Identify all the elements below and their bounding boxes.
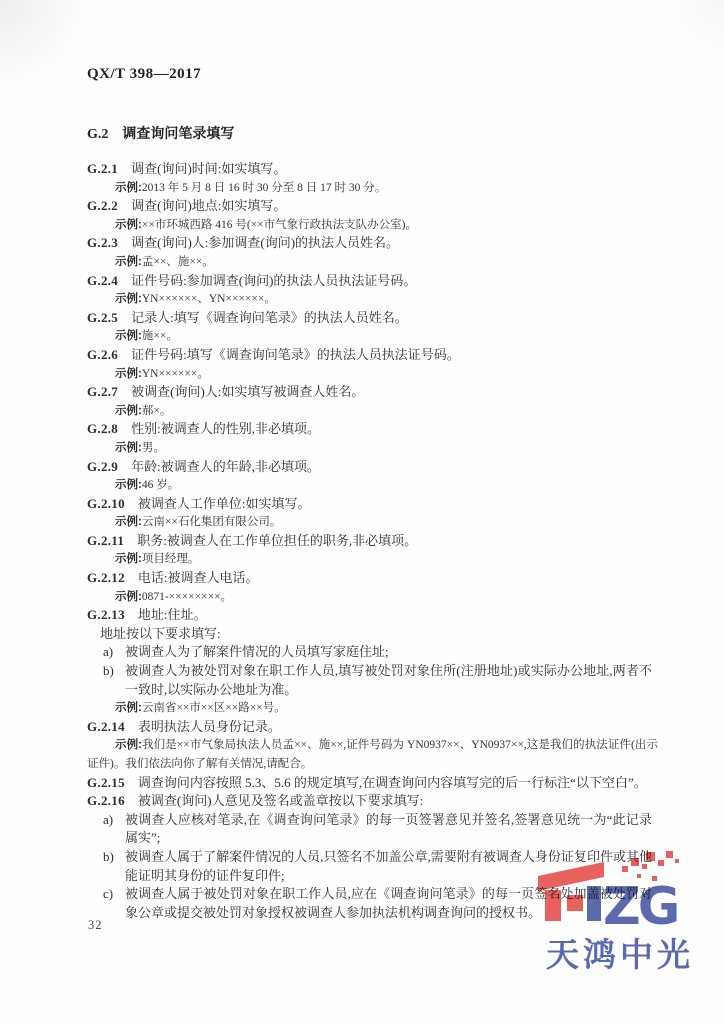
list-item: a)被调查人为了解案件情况的人员填写家庭住址;: [87, 643, 652, 662]
clause-note: 地址按以下要求填写:: [87, 625, 652, 644]
clause-text: 被调查人工作单位:如实填写。: [138, 496, 311, 511]
section-title: 调查询问笔录填写: [122, 125, 234, 141]
clause: G.2.6证件号码:填写《调查询问笔录》的执法人员执法证号码。: [87, 346, 652, 365]
example-text: 0871-××××××××。: [142, 591, 232, 603]
list-item: c)被调查人属于被处罚对象在职工作人员,应在《调查询问笔录》的每一页签名处加盖被…: [87, 885, 652, 922]
clause: G.2.3调查(询问)人:参加调查(询问)的执法人员姓名。: [87, 234, 652, 253]
clause: G.2.2调查(询问)地点:如实填写。: [87, 197, 652, 216]
clause-text: 被调查(询问)人:如实填写被调查人姓名。: [131, 384, 364, 399]
item-text: 被调查人为了解案件情况的人员填写家庭住址;: [125, 643, 652, 662]
clause-text: 被调查(询问)人意见及签名或盖章按以下要求填写:: [138, 793, 423, 808]
clause-number: G.2.1: [87, 161, 118, 176]
example-line: 示例:YN××××××、YN××××××。: [87, 290, 652, 309]
example-label: 示例:: [115, 219, 142, 231]
doc-code-header: QX/T 398—2017: [87, 66, 201, 83]
clause-text: 电话:被调查人电话。: [138, 570, 259, 585]
example-label: 示例:: [115, 591, 142, 603]
item-label: a): [103, 643, 125, 662]
clause-number: G.2.16: [87, 793, 125, 808]
item-text: 被调查人为被处罚对象在职工作人员,填写被处罚对象住所(注册地址)或实际办公地址,…: [125, 662, 652, 699]
clause: G.2.12电话:被调查人电话。: [87, 569, 652, 588]
clause-number: G.2.2: [87, 198, 118, 213]
clause-text: 调查询问内容按照 5.3、5.6 的规定填写,在调查询问内容填写完的后一行标注“…: [138, 775, 647, 790]
example-text: 2013 年 5 月 8 日 16 时 30 分至 8 日 17 时 30 分。: [142, 182, 386, 194]
clause-number: G.2.10: [87, 496, 125, 511]
clause-number: G.2.15: [87, 775, 125, 790]
clause-number: G.2.5: [87, 310, 118, 325]
example-text: YN××××××。: [142, 368, 209, 380]
example-line: 示例:施××。: [87, 327, 652, 346]
example-line: 示例:46 岁。: [87, 476, 652, 495]
example-label: 示例:: [115, 368, 142, 380]
clause: G.2.11职务:被调查人在工作单位担任的职务,非必填项。: [87, 532, 652, 551]
example-text: 孟××、施××。: [142, 256, 214, 268]
clause-text: 调查(询问)时间:如实填写。: [131, 161, 286, 176]
example-text: 46 岁。: [142, 479, 179, 491]
example-text: 云南省××市××区××路××号。: [142, 702, 286, 714]
item-text: 被调查人属于了解案件情况的人员,只签名不加盖公章,需要附有被调查人身份证复印件或…: [125, 848, 652, 885]
example-label: 示例:: [115, 256, 142, 268]
item-text: 被调查人属于被处罚对象在职工作人员,应在《调查询问笔录》的每一页签名处加盖被处罚…: [125, 885, 652, 922]
clause-text: 证件号码:填写《调查询问笔录》的执法人员执法证号码。: [131, 347, 460, 362]
item-label: b): [103, 662, 125, 699]
clause: G.2.14表明执法人员身份记录。: [87, 718, 652, 737]
clause-text: 证件号码:参加调查(询问)的执法人员执法证号码。: [131, 273, 416, 288]
example-label: 示例:: [115, 516, 142, 528]
clause-number: G.2.9: [87, 459, 118, 474]
clause: G.2.4证件号码:参加调查(询问)的执法人员执法证号码。: [87, 272, 652, 291]
example-line: 示例:男。: [87, 439, 652, 458]
list-item: b)被调查人属于了解案件情况的人员,只签名不加盖公章,需要附有被调查人身份证复印…: [87, 848, 652, 885]
clause: G.2.10被调查人工作单位:如实填写。: [87, 495, 652, 514]
clause-text: 调查(询问)人:参加调查(询问)的执法人员姓名。: [131, 235, 399, 250]
example-text: 施××。: [142, 330, 178, 342]
example-label: 示例:: [115, 442, 142, 454]
section-number: G.2: [87, 127, 108, 142]
example-text: 郝×。: [142, 405, 172, 417]
example-label: 示例:: [115, 739, 142, 751]
clause-number: G.2.4: [87, 273, 118, 288]
clause-number: G.2.14: [87, 719, 125, 734]
item-label: b): [103, 848, 125, 885]
example-text: 男。: [142, 442, 165, 454]
example-text: ××市环城西路 416 号(××市气象行政执法支队办公室)。: [142, 219, 417, 231]
example-label: 示例:: [115, 479, 142, 491]
example-line: 示例:郝×。: [87, 402, 652, 421]
document-body: G.2.1调查(询问)时间:如实填写。 示例:2013 年 5 月 8 日 16…: [87, 160, 652, 922]
clause-number: G.2.3: [87, 235, 118, 250]
clause-number: G.2.13: [87, 607, 125, 622]
clause: G.2.13地址:住址。: [87, 606, 652, 625]
document-page: QX/T 398—2017 G.2调查询问笔录填写 G.2.1调查(询问)时间:…: [0, 0, 724, 1024]
clause-number: G.2.8: [87, 421, 118, 436]
example-line: 示例:××市环城西路 416 号(××市气象行政执法支队办公室)。: [87, 216, 652, 235]
item-text: 被调查人应核对笔录,在《调查询问笔录》的每一页签署意见并签名,签署意见统一为“此…: [125, 811, 652, 848]
clause-text: 性别:被调查人的性别,非必填项。: [131, 421, 320, 436]
example-label: 示例:: [115, 182, 142, 194]
example-label: 示例:: [115, 405, 142, 417]
clause-text: 记录人:填写《调查询问笔录》的执法人员姓名。: [131, 310, 408, 325]
item-label: a): [103, 811, 125, 848]
clause-number: G.2.11: [87, 533, 124, 548]
clause: G.2.15调查询问内容按照 5.3、5.6 的规定填写,在调查询问内容填写完的…: [87, 774, 652, 793]
clause-text: 调查(询问)地点:如实填写。: [131, 198, 286, 213]
example-line: 示例:孟××、施××。: [87, 253, 652, 272]
example-text: 我们是××市气象局执法人员孟××、施××,证件号码为 YN0937××、YN09…: [87, 739, 658, 770]
example-paragraph: 示例:我们是××市气象局执法人员孟××、施××,证件号码为 YN0937××、Y…: [87, 736, 658, 773]
example-line: 示例:2013 年 5 月 8 日 16 时 30 分至 8 日 17 时 30…: [87, 179, 652, 198]
clause-text: 表明执法人员身份记录。: [138, 719, 281, 734]
example-label: 示例:: [115, 553, 142, 565]
clause-number: G.2.6: [87, 347, 118, 362]
clause: G.2.1调查(询问)时间:如实填写。: [87, 160, 652, 179]
page-number: 32: [88, 918, 103, 933]
clause-text: 地址:住址。: [138, 607, 207, 622]
example-label: 示例:: [115, 702, 142, 714]
company-name: 天鸿中光: [546, 935, 694, 974]
clause: G.2.5记录人:填写《调查询问笔录》的执法人员姓名。: [87, 309, 652, 328]
item-label: c): [103, 885, 125, 922]
example-line: 示例:云南××石化集团有限公司。: [87, 513, 652, 532]
example-label: 示例:: [115, 293, 142, 305]
clause-number: G.2.7: [87, 384, 118, 399]
example-text: YN××××××、YN××××××。: [142, 293, 276, 305]
clause-number: G.2.12: [87, 570, 125, 585]
clause: G.2.8性别:被调查人的性别,非必填项。: [87, 420, 652, 439]
section-heading: G.2调查询问笔录填写: [87, 123, 234, 143]
clause-text: 年龄:被调查人的年龄,非必填项。: [131, 459, 320, 474]
list-item: b)被调查人为被处罚对象在职工作人员,填写被处罚对象住所(注册地址)或实际办公地…: [87, 662, 652, 699]
example-line: 示例:云南省××市××区××路××号。: [87, 699, 652, 718]
clause: G.2.9年龄:被调查人的年龄,非必填项。: [87, 458, 652, 477]
clause-text: 职务:被调查人在工作单位担任的职务,非必填项。: [137, 533, 417, 548]
example-text: 云南××石化集团有限公司。: [142, 516, 281, 528]
clause: G.2.16被调查(询问)人意见及签名或盖章按以下要求填写:: [87, 792, 652, 811]
example-line: 示例:0871-××××××××。: [87, 588, 652, 607]
list-item: a)被调查人应核对笔录,在《调查询问笔录》的每一页签署意见并签名,签署意见统一为…: [87, 811, 652, 848]
example-line: 示例:项目经理。: [87, 550, 652, 569]
example-line: 示例:YN××××××。: [87, 365, 652, 384]
example-label: 示例:: [115, 330, 142, 342]
clause: G.2.7被调查(询问)人:如实填写被调查人姓名。: [87, 383, 652, 402]
example-text: 项目经理。: [142, 553, 200, 565]
